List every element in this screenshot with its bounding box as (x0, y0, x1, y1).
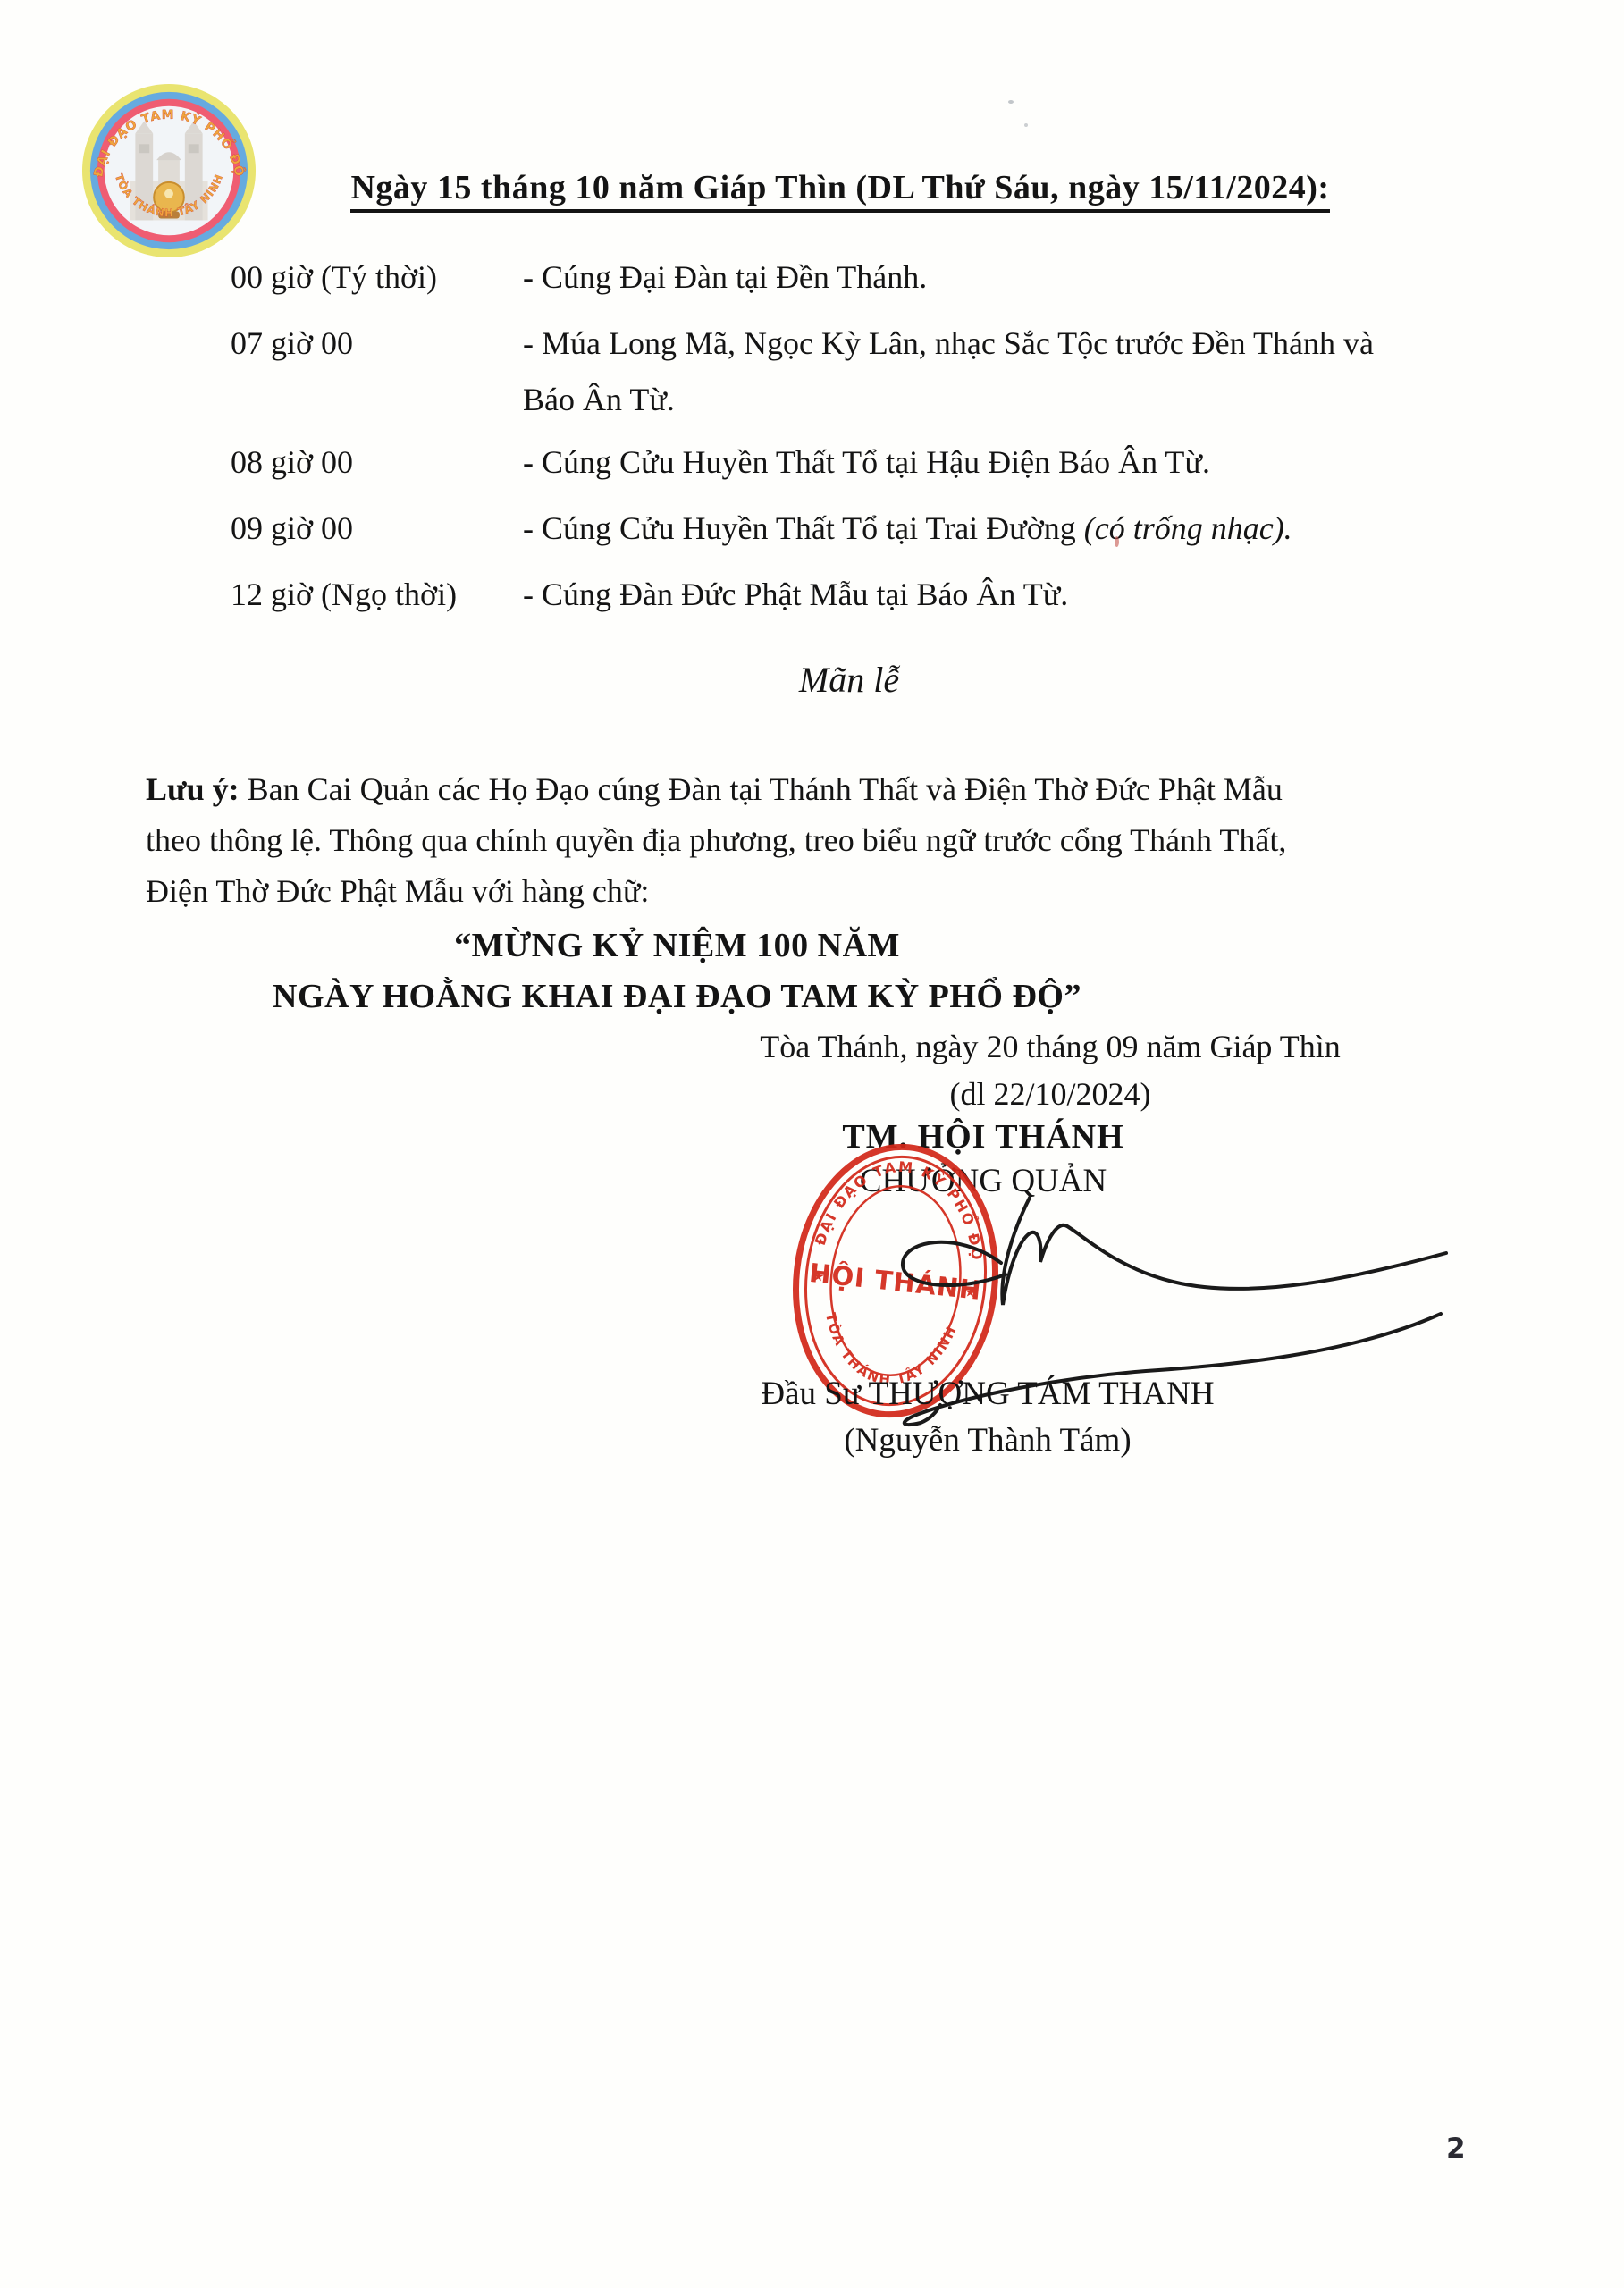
schedule-desc: - Cúng Cửu Huyền Thất Tổ tại Hậu Điện Bá… (523, 442, 1497, 483)
place-date-line: Tòa Thánh, ngày 20 tháng 09 năm Giáp Thì… (679, 1028, 1421, 1065)
schedule-row: 09 giờ 00 - Cúng Cửu Huyền Thất Tổ tại T… (231, 508, 1527, 549)
schedule-desc: - Múa Long Mã, Ngọc Kỳ Lân, nhạc Sắc Tộc… (523, 323, 1497, 420)
scan-speck (1008, 100, 1014, 104)
page-title: Ngày 15 tháng 10 năm Giáp Thìn (DL Thứ S… (215, 168, 1466, 207)
note-paragraph: Lưu ý: Ban Cai Quản các Họ Đạo cúng Đàn … (146, 764, 1558, 917)
schedule-row: 00 giờ (Tý thời) - Cúng Đại Đàn tại Đền … (231, 257, 1527, 298)
schedule-row: 07 giờ 00 - Múa Long Mã, Ngọc Kỳ Lân, nh… (231, 323, 1527, 420)
note-label: Lưu ý: (146, 771, 240, 807)
document-page: ĐẠI ĐẠO TAM KỲ PHỔ ĐỘ TÒA THÁNH TÂY NINH… (0, 0, 1624, 2288)
page-number: 2 (1446, 2132, 1500, 2165)
schedule-desc: - Cúng Đàn Đức Phật Mẫu tại Báo Ân Từ. (523, 574, 1497, 615)
schedule-row: 08 giờ 00 - Cúng Cửu Huyền Thất Tổ tại H… (231, 442, 1527, 483)
closing-line: Mãn lễ (89, 659, 1609, 701)
signer-title-line: Đầu Sư THƯỢNG TÁM THANH (679, 1375, 1296, 1413)
scan-speck (1024, 123, 1028, 127)
schedule-time: 12 giờ (Ngọ thời) (231, 574, 523, 615)
schedule-time: 07 giờ 00 (231, 323, 523, 420)
scan-speck (1115, 536, 1119, 547)
schedule-desc: - Cúng Cửu Huyền Thất Tổ tại Trai Đường … (523, 508, 1497, 549)
schedule-time: 08 giờ 00 (231, 442, 523, 483)
solar-date-line: (dl 22/10/2024) (679, 1075, 1421, 1113)
signer-name-line: (Nguyễn Thành Tám) (679, 1421, 1296, 1459)
stamp-star-left-icon: ★ (812, 1269, 825, 1284)
schedule-time: 00 giờ (Tý thời) (231, 257, 523, 298)
banner-line-1: “MỪNG KỶ NIỆM 100 NĂM (134, 921, 1220, 972)
schedule-row: 12 giờ (Ngọ thời) - Cúng Đàn Đức Phật Mẫ… (231, 574, 1527, 615)
banner-line-2: NGÀY HOẰNG KHAI ĐẠI ĐẠO TAM KỲ PHỔ ĐỘ” (134, 972, 1220, 1022)
banner-slogan: “MỪNG KỶ NIỆM 100 NĂM NGÀY HOẰNG KHAI ĐẠ… (134, 921, 1220, 1022)
schedule-desc: - Cúng Đại Đàn tại Đền Thánh. (523, 257, 1497, 298)
schedule-time: 09 giờ 00 (231, 508, 523, 549)
